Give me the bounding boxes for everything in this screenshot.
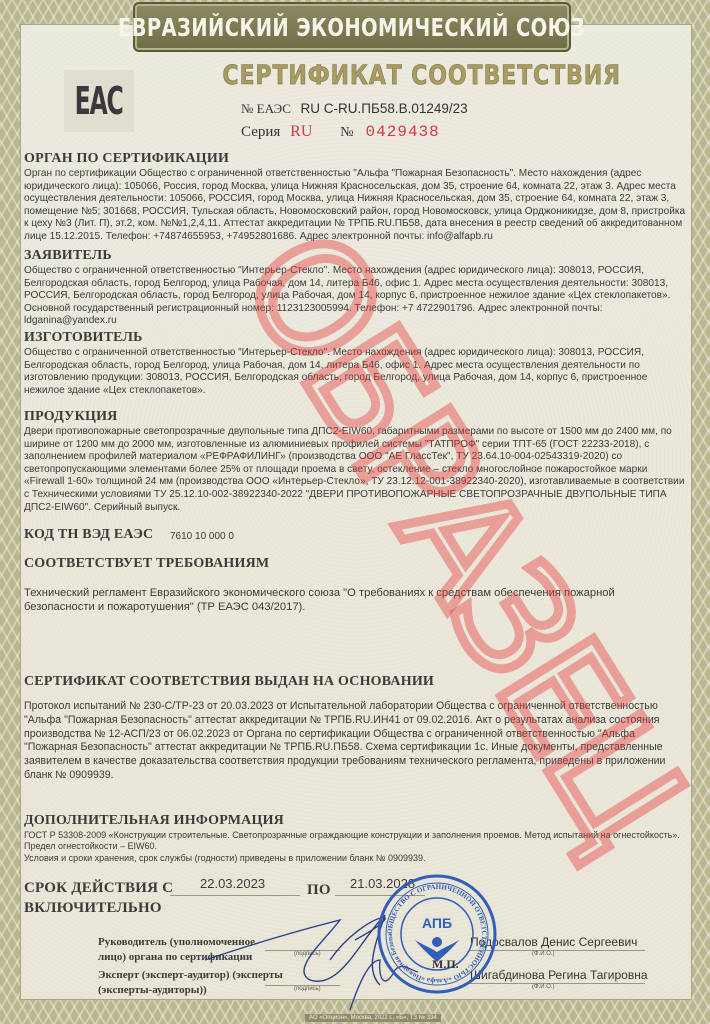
union-banner-text: ЕВРАЗИЙСКИЙ ЭКОНОМИЧЕСКИЙ СОЮЗ <box>118 13 585 42</box>
seal-center-text: АПБ <box>422 915 452 931</box>
section-product: ПРОДУКЦИЯ Двери противопожарные светопро… <box>24 408 688 514</box>
additional-line: Условия и сроки хранения, срок службы (г… <box>24 853 688 864</box>
section-additional: ДОПОЛНИТЕЛЬНАЯ ИНФОРМАЦИЯ ГОСТ Р 53308-2… <box>24 812 688 864</box>
validity-from-label: СРОК ДЕЙСТВИЯ С <box>24 878 173 898</box>
certification-body-seal-icon: ОБЩЕСТВО С ОГРАНИЧЕННОЙ ОТВЕТСТВЕННОСТЬЮ… <box>375 872 499 996</box>
expert-fio-caption: (Ф.И.О.) <box>532 984 555 990</box>
validity-to-label: ПО <box>307 882 331 899</box>
eac-logo: EAC <box>64 70 134 132</box>
printing-info: АО «Опцион», Москва, 2022 г., «Б», ТЗ № … <box>305 1014 441 1022</box>
section-applicant: ЗАЯВИТЕЛЬ Общество с ограниченной ответс… <box>24 247 688 328</box>
series-label: Серия <box>241 124 280 140</box>
section-heading: ИЗГОТОВИТЕЛЬ <box>24 329 688 346</box>
section-heading: ДОПОЛНИТЕЛЬНАЯ ИНФОРМАЦИЯ <box>24 812 688 829</box>
blank-number-value: 0429438 <box>366 123 440 141</box>
tn-ved-code: 7610 10 000 0 <box>170 531 234 542</box>
validity-inclusive-label: ВКЛЮЧИТЕЛЬНО <box>24 898 173 918</box>
section-heading: ОРГАН ПО СЕРТИФИКАЦИИ <box>24 150 688 167</box>
date-from-underline <box>170 895 300 896</box>
section-tn-ved: КОД ТН ВЭД ЕАЭС <box>24 526 688 543</box>
validity-block: СРОК ДЕЙСТВИЯ С ВКЛЮЧИТЕЛЬНО <box>24 878 173 918</box>
section-text: Технический регламент Евразийского эконо… <box>24 586 688 614</box>
section-heading: СЕРТИФИКАТ СООТВЕТСТВИЯ ВЫДАН НА ОСНОВАН… <box>24 673 688 690</box>
section-heading: ПРОДУКЦИЯ <box>24 408 688 425</box>
blank-number-label: № <box>340 125 353 140</box>
section-text: Общество с ограниченной ответственностью… <box>24 265 688 328</box>
section-requirements: СООТВЕТСТВУЕТ ТРЕБОВАНИЯМ Технический ре… <box>24 555 688 614</box>
section-manufacturer: ИЗГОТОВИТЕЛЬ Общество с ограниченной отв… <box>24 329 688 397</box>
section-heading: СООТВЕТСТВУЕТ ТРЕБОВАНИЯМ <box>24 555 688 572</box>
certificate-number-label: № ЕАЭС <box>241 101 291 116</box>
seal-place-mark: М.П. <box>432 957 459 972</box>
union-banner: ЕВРАЗИЙСКИЙ ЭКОНОМИЧЕСКИЙ СОЮЗ <box>133 2 571 52</box>
certificate-number: № ЕАЭС RU C-RU.ПБ58.В.01249/23 <box>241 101 468 117</box>
section-basis: СЕРТИФИКАТ СООТВЕТСТВИЯ ВЫДАН НА ОСНОВАН… <box>24 673 688 783</box>
section-text: Протокол испытаний № 230-С/ТР-23 от 20.0… <box>24 700 688 783</box>
section-text: Общество с ограниченной ответственностью… <box>24 347 688 397</box>
section-text: Двери противопожарные светопрозрачные дв… <box>24 426 688 514</box>
document-title: СЕРТИФИКАТ СООТВЕТСТВИЯ <box>222 60 517 91</box>
series-line: Серия RU № 0429438 <box>241 123 440 141</box>
section-certification-body: ОРГАН ПО СЕРТИФИКАЦИИ Орган по сертифика… <box>24 150 688 244</box>
validity-date-from: 22.03.2023 <box>200 876 265 891</box>
eac-mark-icon: EAC <box>75 79 123 123</box>
section-heading: ЗАЯВИТЕЛЬ <box>24 247 688 264</box>
certificate-number-value: RU C-RU.ПБ58.В.01249/23 <box>301 101 468 116</box>
series-value: RU <box>290 123 312 140</box>
additional-line: ГОСТ Р 53308-2009 «Конструкции строитель… <box>24 830 688 852</box>
head-fio-caption: (Ф.И.О.) <box>532 951 555 957</box>
section-text: Орган по сертификации Общество с огранич… <box>24 168 688 244</box>
section-heading: КОД ТН ВЭД ЕАЭС <box>24 526 688 543</box>
